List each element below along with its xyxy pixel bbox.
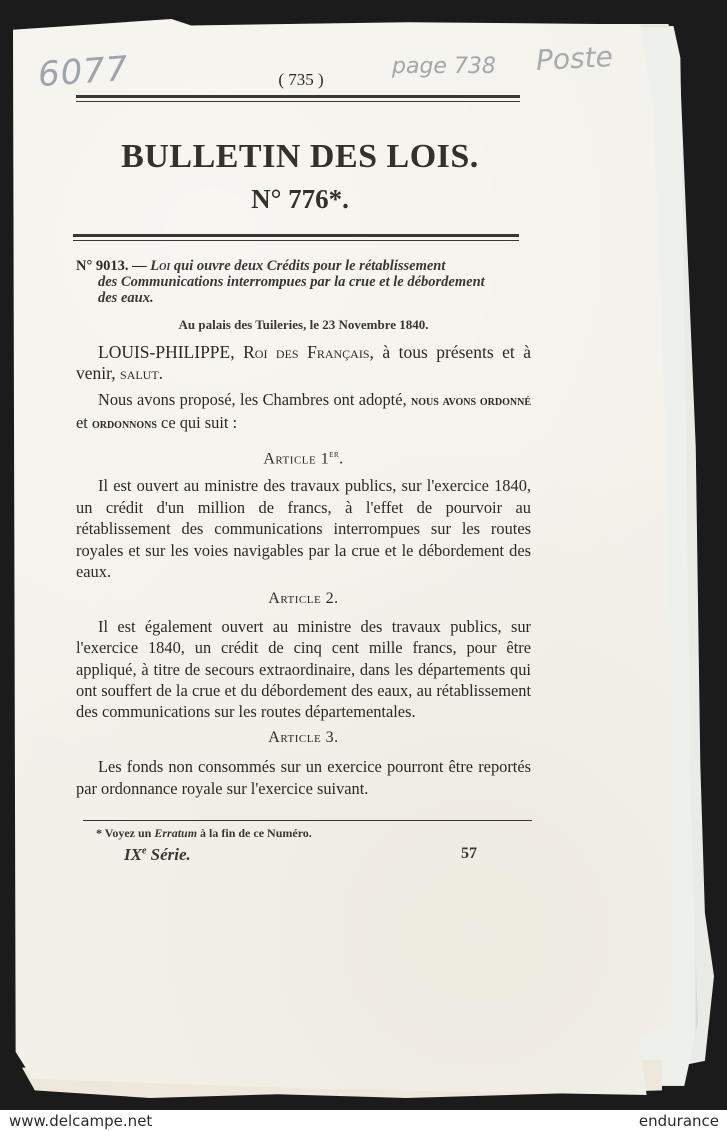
series-label: IXe Série. xyxy=(124,845,191,865)
article-3-heading: Article 3. xyxy=(76,727,531,748)
article-3-text: Les fonds non consommés sur un exercice … xyxy=(76,756,531,799)
footnote-text-post: à la fin de ce Numéro. xyxy=(197,826,312,840)
place-and-date: Au palais des Tuileries, le 23 Novembre … xyxy=(76,317,531,333)
law-title-lead: Loi xyxy=(150,258,170,274)
handwritten-inventory-number: 6077 xyxy=(37,49,130,95)
bulletin-number: N° 776*. xyxy=(60,184,540,215)
enactment-start: Nous avons proposé, les Chambres ont ado… xyxy=(98,390,411,409)
article-1-heading: Article 1er. xyxy=(76,444,531,470)
page-number: ( 735 ) xyxy=(256,70,346,90)
enactment-end: ce qui suit : xyxy=(157,413,237,432)
footnote-rule xyxy=(83,820,532,821)
preamble-enactment: Nous avons proposé, les Chambres ont ado… xyxy=(76,389,531,436)
footnote: * Voyez un Erratum à la fin de ce Numéro… xyxy=(96,826,312,841)
top-double-rule xyxy=(76,95,520,98)
article-2-heading: Article 2. xyxy=(76,588,531,609)
law-number: N° 9013. — xyxy=(76,258,147,274)
sheet-number: 57 xyxy=(461,845,477,863)
king-title: Roi des Français, xyxy=(243,342,374,362)
law-title-line3: des eaux. xyxy=(76,290,531,306)
law-title-line2: des Communications interrompues par la c… xyxy=(76,274,531,290)
enactment-et: et xyxy=(76,413,92,432)
preamble-greeting: LOUIS-PHILIPPE, Roi des Français, à tous… xyxy=(76,342,531,385)
enactment-ordonnons: ordonnons xyxy=(92,417,157,432)
handwritten-page-reference: page 738 xyxy=(392,54,496,79)
law-body: LOUIS-PHILIPPE, Roi des Français, à tous… xyxy=(76,342,531,799)
header-double-rule xyxy=(73,234,519,237)
watermark-site: www.delcampe.net xyxy=(9,1112,152,1130)
article-1-text: Il est ouvert au ministre des travaux pu… xyxy=(76,475,531,582)
article-1-heading-text: Article 1 xyxy=(263,450,329,467)
enactment-nous-avons-ordonne: nous avons ordonné xyxy=(411,394,531,409)
article-1-heading-end: . xyxy=(339,450,344,467)
salut: salut. xyxy=(120,363,163,383)
series-numeral: IX xyxy=(124,845,142,864)
law-title-line1: qui ouvre deux Crédits pour le rétabliss… xyxy=(170,258,445,274)
footnote-text-pre: Voyez un xyxy=(102,826,154,840)
series-text: Série. xyxy=(146,845,190,864)
article-1-heading-sup: er xyxy=(329,449,339,460)
document-title: BULLETIN DES LOIS. xyxy=(60,138,540,176)
footnote-erratum: Erratum xyxy=(154,826,197,840)
law-heading: N° 9013. — Loi qui ouvre deux Crédits po… xyxy=(76,258,531,306)
king-name: LOUIS-PHILIPPE, xyxy=(98,342,235,362)
watermark-seller: endurance xyxy=(639,1112,719,1130)
article-2-text: Il est également ouvert au ministre des … xyxy=(76,616,531,723)
handwritten-category: Poste xyxy=(535,40,613,77)
